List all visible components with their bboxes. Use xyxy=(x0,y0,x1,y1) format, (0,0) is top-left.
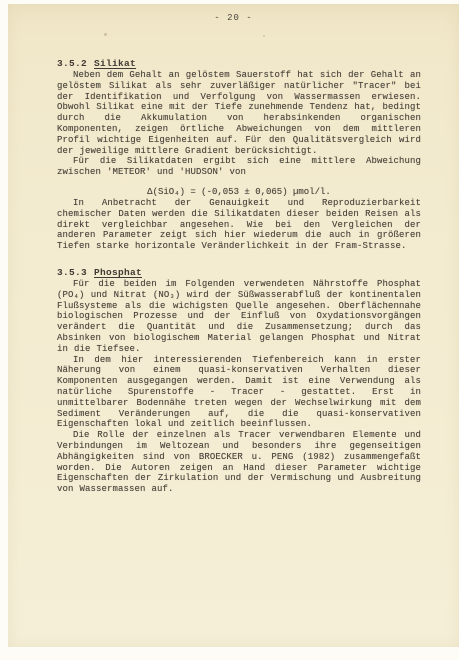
section-number-phosphat: 3.5.3 xyxy=(57,267,87,278)
scanned-report-page: { "page": { "number_label": "- 20 -", "p… xyxy=(0,0,459,660)
paragraph-silikat-vergleich: In Anbetracht der Genauigkeit und Reprod… xyxy=(57,198,421,252)
section-heading-phosphat: 3.5.3Phosphat xyxy=(57,267,459,279)
section-title-phosphat: Phosphat xyxy=(94,267,142,278)
section-number-silikat: 3.5.2 xyxy=(57,58,87,69)
scan-speckle xyxy=(104,33,107,36)
paragraph-silikat-abweichung: Für die Silikatdaten ergibt sich eine mi… xyxy=(57,156,421,178)
paper-sheet: - 20 - 3.5.2Silikat Neben dem Gehalt an … xyxy=(8,4,459,647)
section-title-silikat: Silikat xyxy=(94,58,136,69)
page-number: - 20 - xyxy=(8,4,459,24)
section-heading-silikat: 3.5.2Silikat xyxy=(57,58,459,70)
paragraph-silikat-intro: Neben dem Gehalt an gelöstem Sauerstoff … xyxy=(57,70,421,156)
paragraph-phosphat-quellen: Für die beiden im Folgenden verwendeten … xyxy=(57,279,421,355)
paragraph-phosphat-tiefenbereich: In dem hier interessierenden Tiefenberei… xyxy=(57,355,421,431)
scan-speckle xyxy=(263,35,265,37)
paragraph-phosphat-rolle: Die Rolle der einzelnen als Tracer verwe… xyxy=(57,430,421,495)
formula-delta-sio4: Δ(SiO₄) = (-0,053 ± 0,065) µmol/l. xyxy=(57,187,421,198)
